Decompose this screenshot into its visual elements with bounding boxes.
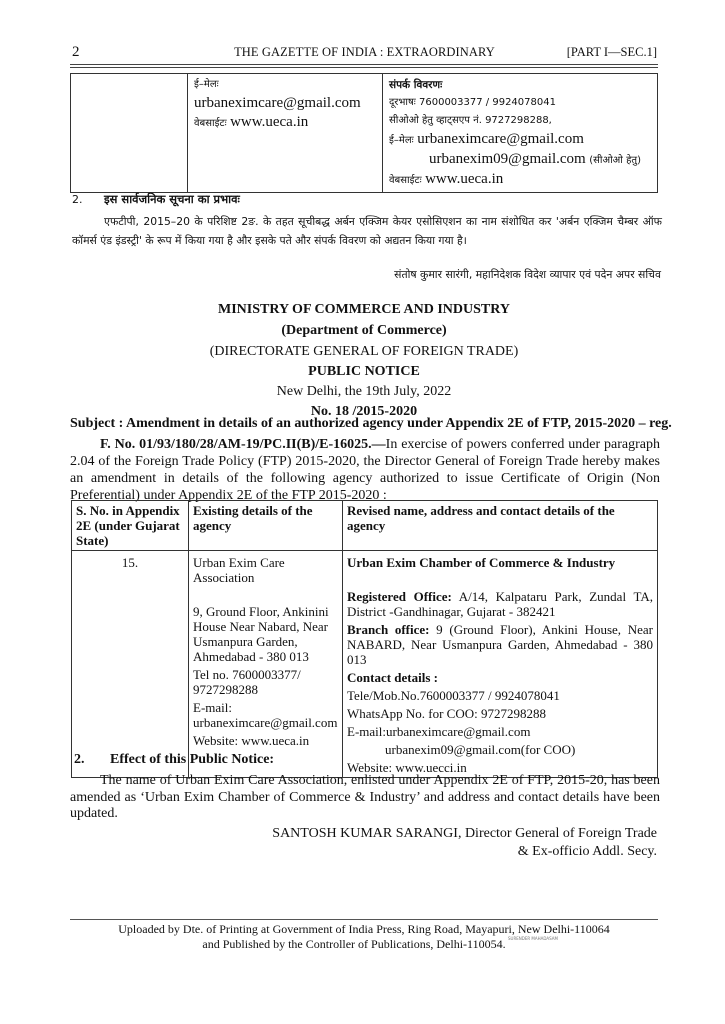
place-date: New Delhi, the 19th July, 2022	[70, 384, 658, 400]
existing-website: www.ueca.in	[230, 114, 308, 130]
column-header: S. No. in Appendix 2E (under Gujarat Sta…	[72, 501, 189, 551]
department-name: (Department of Commerce)	[70, 323, 658, 339]
contact-details-label: Contact details :	[347, 670, 653, 685]
revised-name: Urban Exim Chamber of Commerce & Industr…	[347, 555, 653, 570]
header-rule	[70, 64, 658, 65]
ministry-name: MINISTRY OF COMMERCE AND INDUSTRY	[70, 302, 658, 318]
file-number: F. No. 01/93/180/28/AM-19/PC.II(B)/E-160…	[100, 437, 386, 452]
existing-address: 9, Ground Floor, Ankinini House Near Nab…	[193, 604, 338, 664]
table-row: 15. Urban Exim Care Association 9, Groun…	[72, 551, 658, 778]
email-label: ई–मेलः	[389, 135, 414, 146]
phone-line: दूरभाषः 7600003377 / 9924078041	[389, 94, 651, 112]
existing-email: urbaneximcare@gmail.com	[194, 94, 376, 113]
header-rule	[70, 67, 658, 68]
website-label: वेबसाईटः	[389, 175, 422, 186]
signer-name: SURENDER MAHADASAM	[508, 936, 558, 941]
revised-tele: Tele/Mob.No.7600003377 / 9924078041	[347, 688, 653, 703]
column-header: Existing details of the agency	[189, 501, 343, 551]
revised-email-1: E-mail:urbaneximcare@gmail.com	[347, 724, 653, 739]
signature-line-2: & Ex-officio Addl. Secy.	[518, 844, 657, 860]
footer-line-1: Uploaded by Dte. of Printing at Governme…	[70, 922, 658, 937]
directorate-name: (DIRECTORATE GENERAL OF FOREIGN TRADE)	[70, 344, 658, 360]
running-header: 2 THE GAZETTE OF INDIA : EXTRAORDINARY […	[72, 44, 657, 62]
effect-paragraph: The name of Urban Exim Care Association,…	[70, 773, 660, 823]
hindi-sno-cell	[71, 74, 188, 193]
existing-email: urbaneximcare@gmail.com	[193, 715, 337, 730]
existing-tel: Tel no. 7600003377/ 9727298288	[193, 667, 338, 697]
notice-type: PUBLIC NOTICE	[70, 364, 658, 380]
revised-whatsapp: WhatsApp No. for COO: 9727298288	[347, 706, 653, 721]
section-number: 2.	[72, 193, 83, 206]
effect-heading: 2. Effect of this Public Notice:	[74, 752, 85, 768]
agency-table: S. No. in Appendix 2E (under Gujarat Sta…	[71, 500, 658, 778]
branch-office-label: Branch office:	[347, 622, 430, 637]
existing-details: Urban Exim Care Association 9, Ground Fl…	[189, 551, 343, 778]
revised-email-2: urbanexim09@gmail.com(for COO)	[347, 742, 653, 757]
signature-line-1: SANTOSH KUMAR SARANGI, Director General …	[272, 826, 657, 842]
hindi-effect-paragraph: एफटीपी, 2015–20 के परिशिष्ट 2ङ. के तहत स…	[72, 212, 662, 250]
serial-number: 15.	[72, 551, 189, 778]
column-header: Revised name, address and contact detail…	[343, 501, 658, 551]
footer-rule	[70, 919, 658, 920]
footer-line-2: and Published by the Controller of Publi…	[60, 937, 648, 952]
coo-note: (सीओओ हेतु)	[589, 155, 641, 166]
notice-subject: Subject : Amendment in details of an aut…	[70, 416, 660, 432]
table-header-row: S. No. in Appendix 2E (under Gujarat Sta…	[72, 501, 658, 551]
intro-paragraph: F. No. 01/93/180/28/AM-19/PC.II(B)/E-160…	[70, 436, 660, 504]
existing-email-label: E-mail:	[193, 700, 232, 715]
email-label: ई–मेलः	[194, 76, 376, 94]
hindi-revised-cell: संपर्क विवरणः दूरभाषः 7600003377 / 99240…	[383, 74, 658, 193]
section-heading: Effect of this Public Notice:	[110, 752, 274, 768]
existing-website: Website: www.ueca.in	[193, 733, 338, 748]
section-heading: इस सार्वजनिक सूचना का प्रभावः	[104, 192, 240, 207]
registered-office-label: Registered Office:	[347, 589, 452, 604]
whatsapp-line: सीओओ हेतु व्हाट्सएप नं. 9727298288,	[389, 112, 651, 130]
revised-email-1: urbaneximcare@gmail.com	[417, 131, 584, 147]
revised-email-2: urbanexim09@gmail.com	[429, 151, 586, 167]
contact-heading: संपर्क विवरणः	[389, 76, 651, 94]
digital-signature-stamp: SURENDER MAHADASAM	[508, 936, 558, 941]
section-number: 2.	[74, 752, 85, 767]
revised-details: Urban Exim Chamber of Commerce & Industr…	[343, 551, 658, 778]
hindi-agency-table: ई–मेलः urbaneximcare@gmail.com वेबसाईटः …	[70, 73, 658, 193]
part-section: [PART I—SEC.1]	[567, 45, 657, 60]
hindi-existing-cell: ई–मेलः urbaneximcare@gmail.com वेबसाईटः …	[188, 74, 383, 193]
website-label: वेबसाईटः	[194, 118, 227, 129]
existing-name: Urban Exim Care Association	[193, 555, 338, 585]
revised-website: www.ueca.in	[425, 171, 503, 187]
hindi-signature: संतोष कुमार सारंगी, महानिदेशक विदेश व्या…	[394, 267, 661, 282]
